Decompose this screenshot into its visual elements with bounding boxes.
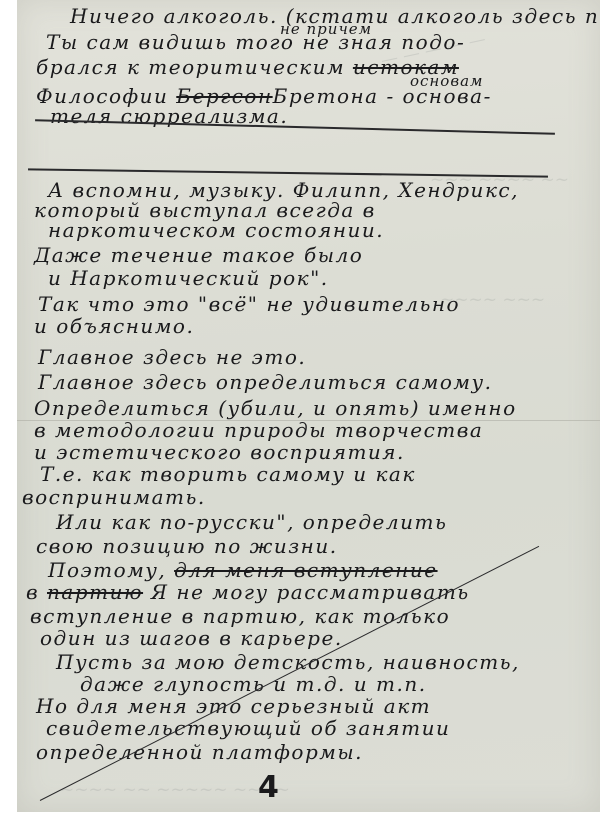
line-text: Поэтому,: [48, 558, 166, 582]
handwritten-line: Ты сам видишь того не зная подо-: [46, 30, 465, 54]
handwritten-line: Пусть за мою детскость, наивность,: [56, 650, 520, 674]
handwritten-line: Главное здесь не это.: [38, 345, 306, 369]
handwritten-line: наркотическом состоянии.: [48, 218, 384, 242]
handwritten-line: определенной платформы.: [36, 740, 363, 764]
handwritten-line: Даже течение такое было: [34, 243, 363, 267]
handwritten-line: и эстетического восприятия.: [34, 440, 405, 464]
handwritten-line: один из шагов в карьере.: [40, 626, 343, 650]
handwritten-line: свою позицию по жизни.: [36, 534, 338, 558]
handwritten-line: и объяснимо.: [34, 314, 194, 338]
line-text: брался к теоритическим: [36, 55, 345, 79]
struck-word: партию: [47, 580, 143, 604]
handwritten-line: Так что это "всё" не удивительно: [38, 292, 460, 316]
handwritten-line: вступление в партию, как только: [30, 604, 450, 628]
handwritten-line: Или как по-русски", определить: [56, 510, 447, 534]
handwritten-line: Ничего алкоголь. (кстати алкоголь здесь …: [70, 4, 600, 28]
handwritten-line: и Наркотический рок".: [48, 266, 329, 290]
handwritten-line: брался к теоритическим истокам: [36, 55, 459, 79]
handwritten-line: Главное здесь определиться самому.: [38, 370, 492, 394]
handwritten-line: в партию Я не могу рассматривать: [26, 580, 470, 604]
handwritten-line: даже глупость и т.д. и т.п.: [80, 672, 427, 696]
handwritten-line: воспринимать.: [22, 485, 206, 509]
line-text: в: [26, 580, 39, 604]
line-text: Бретона - основа-: [273, 84, 492, 108]
handwritten-line: Определиться (убили, и опять) именно: [34, 396, 517, 420]
struck-phrase: для меня вступление: [174, 558, 437, 582]
handwritten-line: в методологии природы творчества: [34, 418, 483, 442]
page-number: 4: [258, 770, 279, 805]
handwritten-line: Поэтому, для меня вступление: [48, 558, 438, 582]
handwritten-line: Но для меня это серьезный акт: [36, 694, 431, 718]
letter-body: не причем Ничего алкоголь. (кстати алког…: [0, 0, 600, 826]
separator-line: [28, 168, 548, 177]
handwritten-line: Т.е. как творить самому и как: [40, 462, 416, 486]
handwritten-line: свидетельствующий об занятии: [46, 716, 450, 740]
line-text: Я не могу рассматривать: [151, 580, 470, 604]
